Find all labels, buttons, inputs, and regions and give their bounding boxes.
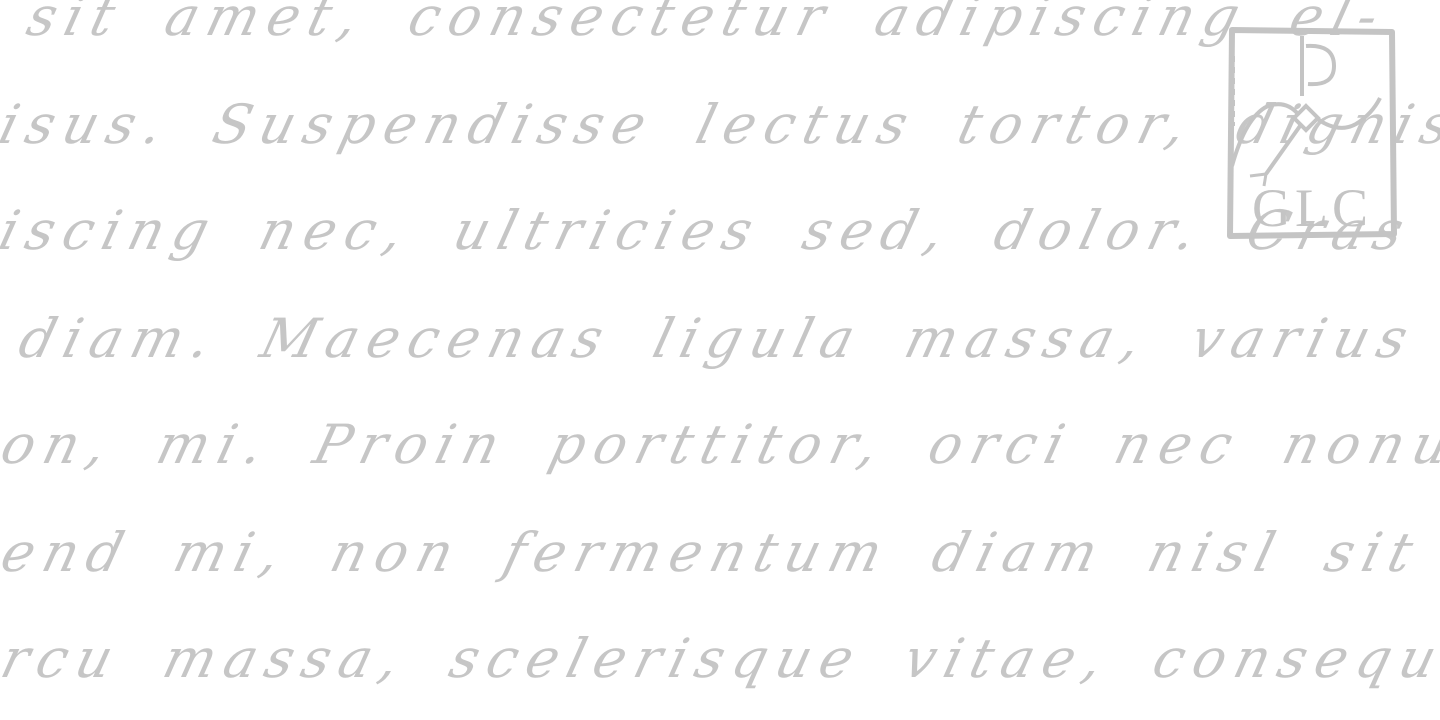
specimen-line-7: rcu massa, scelerisque vitae, consequat … — [0, 632, 1440, 686]
pilcrow-monogram-icon: GLC — [1226, 26, 1398, 240]
font-specimen-canvas: sit amet, consectetur adipiscing el- isu… — [0, 0, 1440, 720]
glc-logo: GLC — [1226, 26, 1398, 240]
specimen-line-6: end mi, non fermentum diam nisl sit amet — [0, 526, 1440, 580]
logo-label: GLC — [1252, 178, 1372, 238]
specimen-line-4: diam. Maecenas ligula massa, varius a, s… — [14, 312, 1440, 366]
specimen-line-3: iscing nec, ultricies sed, dolor. Cras — [0, 204, 1418, 258]
specimen-line-1: sit amet, consectetur adipiscing el- — [22, 0, 1392, 44]
specimen-line-2: isus. Suspendisse lectus tortor, dignis- — [0, 98, 1440, 152]
specimen-line-5: on, mi. Proin porttitor, orci nec nonumm… — [0, 418, 1440, 472]
